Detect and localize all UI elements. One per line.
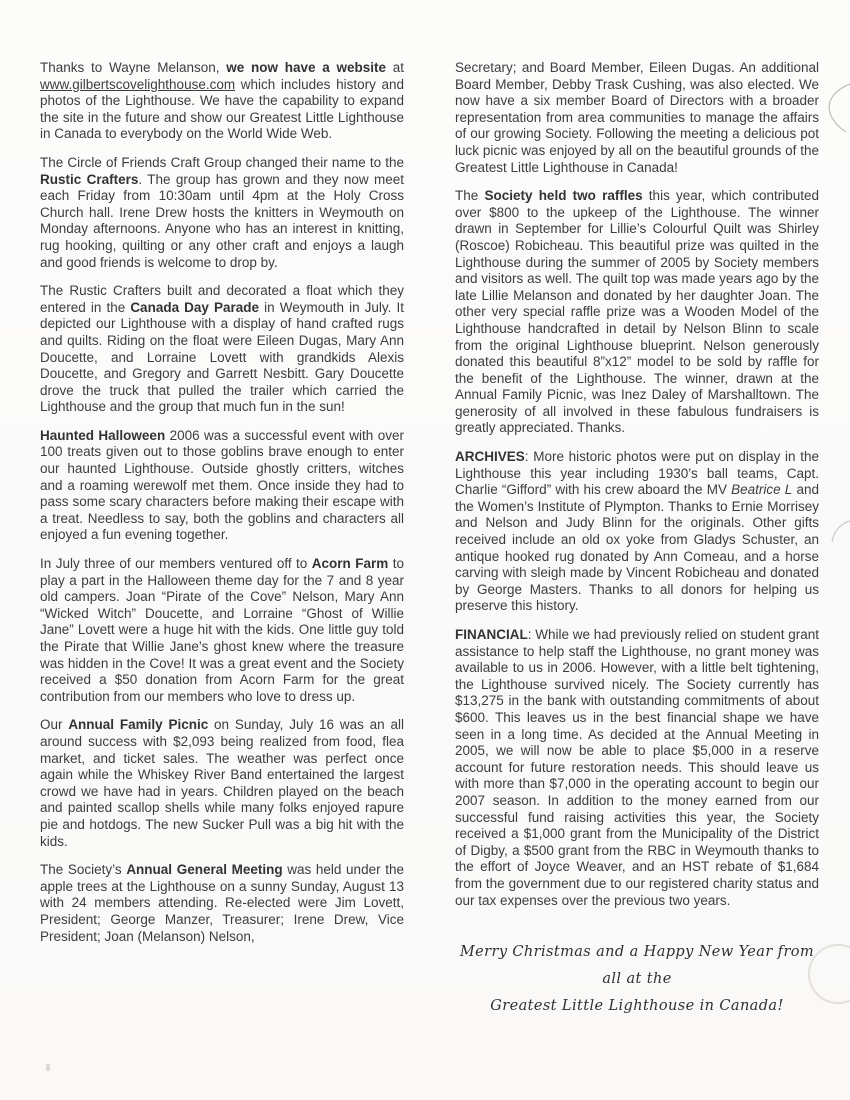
page-curl-mark-mid-right <box>832 521 850 542</box>
page-curl-mark-upper-right <box>829 84 850 132</box>
text-segment: ARCHIVES <box>455 449 525 464</box>
text-segment: Annual General Meeting <box>126 862 282 877</box>
text-segment: The Circle of Friends Craft Group change… <box>40 155 404 170</box>
text-segment: in Weymouth in July. It depicted our Lig… <box>40 300 404 415</box>
text-segment: Our <box>40 717 68 732</box>
paragraph: ARCHIVES: More historic photos were put … <box>455 449 819 615</box>
paragraph: The Circle of Friends Craft Group change… <box>40 155 404 271</box>
text-segment: In July three of our members ventured of… <box>40 556 312 571</box>
text-segment: on Sunday, July 16 was an all around suc… <box>40 717 404 848</box>
text-segment: Secretary; and Board Member, Eileen Duga… <box>455 60 819 175</box>
text-segment: www.gilbertscovelighthouse.com <box>40 77 235 92</box>
text-segment: FINANCIAL <box>455 627 528 642</box>
paragraph: Our Annual Family Picnic on Sunday, July… <box>40 717 404 850</box>
text-segment: 2006 was a successful event with over 10… <box>40 428 404 543</box>
scanned-newsletter-page: Thanks to Wayne Melanson, we now have a … <box>0 0 850 1100</box>
text-segment: Thanks to Wayne Melanson, <box>40 60 226 75</box>
paragraph: Thanks to Wayne Melanson, we now have a … <box>40 60 404 143</box>
right-column: Secretary; and Board Member, Eileen Duga… <box>455 60 819 1020</box>
paragraph: The Society held two raffles this year, … <box>455 188 819 437</box>
text-segment: Beatrice L <box>731 482 792 497</box>
paragraph: The Society’s Annual General Meeting was… <box>40 862 404 945</box>
paragraph: Haunted Halloween 2006 was a successful … <box>40 428 404 544</box>
paragraph: Secretary; and Board Member, Eileen Duga… <box>455 60 819 176</box>
small-speck-lower-left <box>46 1064 50 1071</box>
text-segment: The <box>455 188 484 203</box>
closing-greeting-line: Greatest Little Lighthouse in Canada! <box>455 993 819 1020</box>
paragraph: The Rustic Crafters built and decorated … <box>40 283 404 416</box>
text-segment: Haunted Halloween <box>40 428 165 443</box>
text-segment: to play a part in the Halloween theme da… <box>40 556 404 704</box>
text-segment: Canada Day Parade <box>130 300 259 315</box>
text-segment: this year, which contributed over $800 t… <box>455 188 819 435</box>
text-segment: we now have a website <box>226 60 386 75</box>
text-segment: and the Women’s Institute of Plympton. T… <box>455 482 819 613</box>
text-segment: Acorn Farm <box>312 556 388 571</box>
paragraph: In July three of our members ventured of… <box>40 556 404 705</box>
text-segment: at <box>386 60 404 75</box>
text-segment: : While we had previously relied on stud… <box>455 627 819 908</box>
text-segment: Rustic Crafters <box>40 172 138 187</box>
text-segment: Annual Family Picnic <box>68 717 208 732</box>
text-segment: Society held two raffles <box>484 188 642 203</box>
closing-greeting-line: Merry Christmas and a Happy New Year fro… <box>455 939 819 993</box>
left-column: Thanks to Wayne Melanson, we now have a … <box>40 60 404 1020</box>
closing-greeting: Merry Christmas and a Happy New Year fro… <box>455 939 819 1020</box>
text-segment: The Society’s <box>40 862 126 877</box>
two-column-text-layout: Thanks to Wayne Melanson, we now have a … <box>40 60 819 1020</box>
paragraph: FINANCIAL: While we had previously relie… <box>455 627 819 909</box>
